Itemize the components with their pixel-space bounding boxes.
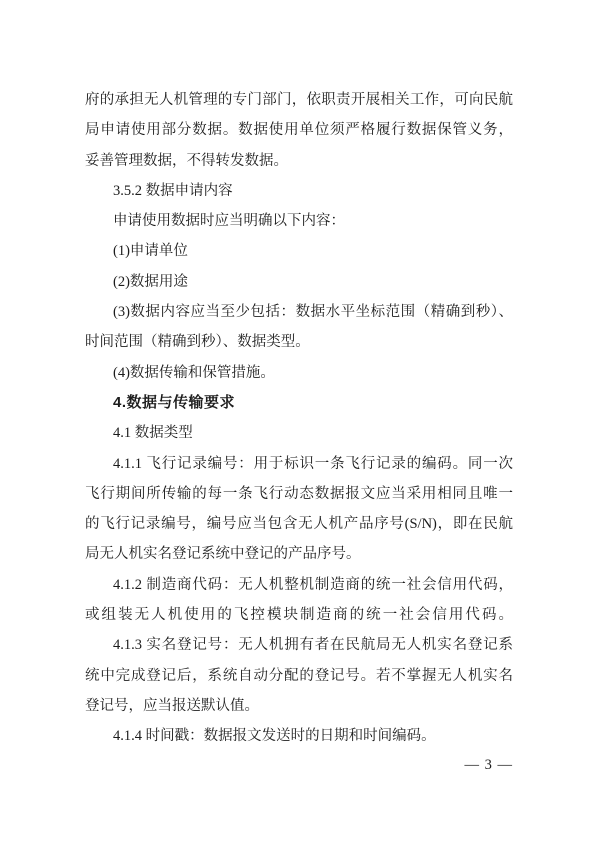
list-item-1: (1)申请单位 xyxy=(85,236,513,266)
list-item-2: (2)数据用途 xyxy=(85,267,513,297)
list-item-4: (4)数据传输和保管措施。 xyxy=(85,358,513,388)
clause-4-1-2: 4.1.2 制造商代码：无人机整机制造商的统一社会信用代码， xyxy=(85,570,513,600)
body-line: 飞行期间所传输的每一条飞行动态数据报文应当采用相同且唯一 xyxy=(85,479,513,509)
body-line: 申请使用数据时应当明确以下内容： xyxy=(85,206,513,236)
section-heading-4: 4.数据与传输要求 xyxy=(85,388,513,418)
body-line: 局无人机实名登记系统中登记的产品序号。 xyxy=(85,539,513,569)
clause-4-1-4: 4.1.4 时间戳：数据报文发送时的日期和时间编码。 xyxy=(85,721,513,751)
body-line: 妥善管理数据，不得转发数据。 xyxy=(85,146,513,176)
subsection-heading-4-1: 4.1 数据类型 xyxy=(85,418,513,448)
body-line: 府的承担无人机管理的专门部门，依职责开展相关工作，可向民航 xyxy=(85,85,513,115)
list-item-3: (3)数据内容应当至少包括：数据水平坐标范围（精确到秒）、 xyxy=(85,297,513,327)
body-line: 或组装无人机使用的飞控模块制造商的统一社会信用代码。 xyxy=(85,600,513,630)
clause-4-1-3: 4.1.3 实名登记号：无人机拥有者在民航局无人机实名登记系 xyxy=(85,630,513,660)
text-block: 府的承担无人机管理的专门部门，依职责开展相关工作，可向民航 局申请使用部分数据。… xyxy=(85,85,513,752)
clause-4-1-1: 4.1.1 飞行记录编号：用于标识一条飞行记录的编码。同一次 xyxy=(85,449,513,479)
document-page: 府的承担无人机管理的专门部门，依职责开展相关工作，可向民航 局申请使用部分数据。… xyxy=(0,0,600,849)
heading-3-5-2: 3.5.2 数据申请内容 xyxy=(85,176,513,206)
body-line: 统中完成登记后，系统自动分配的登记号。若不掌握无人机实名 xyxy=(85,661,513,691)
body-line: 登记号，应当报送默认值。 xyxy=(85,691,513,721)
list-item-3-cont: 时间范围（精确到秒）、数据类型。 xyxy=(85,327,513,357)
body-line: 局申请使用部分数据。数据使用单位须严格履行数据保管义务， xyxy=(85,115,513,145)
page-number: — 3 — xyxy=(465,755,514,775)
body-line: 的飞行记录编号，编号应当包含无人机产品序号(S/N)，即在民航 xyxy=(85,509,513,539)
